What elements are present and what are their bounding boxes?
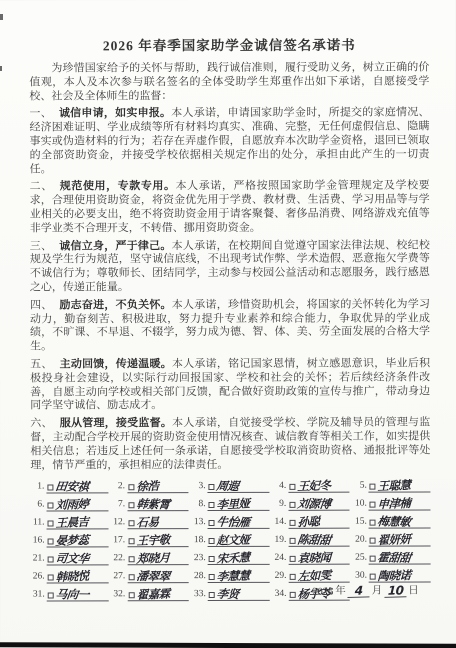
handwritten-signature-name: 翟嘉霖 — [136, 588, 169, 601]
signature-entry: 5. 王聪慧 — [353, 478, 431, 493]
checkbox-icon — [370, 574, 376, 580]
checkbox-icon — [128, 521, 134, 527]
signature-underline: 徐浩 — [127, 478, 189, 493]
checkbox-icon — [48, 521, 54, 527]
document-title: 2026 年春季国家助学金诚信签名承诺书 — [29, 33, 429, 54]
signature-number: 27. — [111, 571, 125, 584]
signature-number: 18. — [192, 534, 206, 547]
signature-number: 20. — [353, 534, 367, 547]
signature-underline: 郑晓月 — [127, 550, 189, 565]
signature-underline: 王聪慧 — [369, 478, 431, 493]
signature-underline: 左如雯 — [288, 568, 350, 583]
signature-underline: 陈甜甜 — [288, 532, 350, 547]
signature-entry: 13. 牛怡雁 — [192, 514, 270, 529]
signature-entry: 7. 韩紫霄 — [111, 496, 189, 511]
handwritten-signature-name: 翟妍妍 — [378, 533, 411, 546]
date-day-suffix: 日 — [408, 583, 419, 598]
checkbox-icon — [128, 485, 134, 491]
checkbox-icon — [209, 502, 215, 508]
paragraph-heading: 主动回馈，传递温暖。 — [60, 358, 172, 370]
signature-underline: 陶晓诺 — [369, 568, 431, 583]
commitment-paragraphs: 一、诚信申请，如实申报。本人承诺，申请国家助学金时，所提交的家庭情况、经济困难证… — [29, 107, 430, 473]
signature-underline: 翟妍妍 — [369, 532, 431, 547]
signature-number: 2. — [111, 481, 125, 494]
handwritten-signature-name: 周遐 — [216, 480, 239, 492]
signature-number: 3. — [192, 480, 206, 493]
signature-number: 31. — [31, 589, 45, 602]
paragraph-number: 一、 — [29, 108, 52, 120]
signature-number: 22. — [111, 553, 125, 566]
commitment-paragraph: 三、诚信立身，严于律己。本人承诺，在校期间自觉遵守国家法律法规、校纪校规及学生行… — [30, 239, 430, 295]
checkbox-icon — [128, 503, 134, 509]
signature-entry: 1. 田安祺 — [30, 479, 108, 494]
signature-entry: 33. 李贤 — [192, 586, 270, 601]
signature-entry: 32. 翟嘉霖 — [111, 586, 189, 601]
checkbox-icon — [370, 520, 376, 526]
handwritten-signature-name: 王宇敬 — [136, 534, 169, 547]
checkbox-icon — [289, 574, 295, 580]
paragraph-number: 四、 — [30, 299, 53, 311]
handwritten-signature-name: 王妃冬 — [297, 480, 330, 493]
checkbox-icon — [209, 592, 215, 598]
handwritten-signature-name: 袁晓闻 — [297, 552, 330, 565]
handwritten-signature-name: 陈甜甜 — [297, 534, 331, 547]
checkbox-icon — [289, 484, 295, 490]
handwritten-signature-name: 石易 — [136, 516, 158, 529]
signature-underline: 刘源博 — [288, 496, 350, 511]
checkbox-icon — [209, 556, 215, 562]
signature-number: 1. — [30, 481, 44, 494]
paragraph-number: 六、 — [30, 418, 53, 430]
signature-number: 24. — [272, 552, 286, 565]
signature-entry: 22. 郑晓月 — [111, 550, 189, 565]
signature-number: 16. — [31, 535, 45, 548]
signature-underline: 申津楠 — [369, 496, 431, 511]
signature-entry: 24. 袁晓闻 — [272, 550, 350, 565]
checkbox-icon — [370, 502, 376, 508]
signature-entry: 14. 孙聪 — [272, 514, 350, 529]
signature-underline: 马向一 — [47, 587, 109, 602]
signature-number: 11. — [31, 517, 45, 530]
handwritten-signature-name: 马向一 — [55, 588, 89, 601]
handwritten-signature-name: 牛怡雁 — [216, 516, 250, 529]
signature-entry: 10. 申津楠 — [353, 496, 431, 511]
checkbox-icon — [209, 520, 215, 526]
handwritten-signature-name: 徐浩 — [136, 480, 158, 493]
signature-entry: 21. 司文华 — [31, 551, 109, 566]
handwritten-month: 4 — [347, 584, 370, 598]
scan-edge-bar — [0, 642, 456, 648]
signature-entry: 27. 潘翠翠 — [111, 568, 189, 583]
checkbox-icon — [128, 557, 134, 563]
signature-number: 15. — [353, 516, 367, 529]
signature-underline: 晏梦蕊 — [47, 533, 109, 548]
signature-underline: 石易 — [127, 514, 189, 529]
signature-underline: 梅慧敏 — [369, 514, 431, 529]
document-page: 2026 年春季国家助学金诚信签名承诺书 为珍惜国家给予的关怀与帮助，践行诚信准… — [0, 0, 456, 648]
signature-entry: 30. 陶晓诺 — [353, 568, 431, 583]
handwritten-signature-name: 李慧慧 — [217, 570, 250, 583]
signature-number: 12. — [111, 517, 125, 530]
checkbox-icon — [289, 538, 295, 544]
signature-number: 8. — [192, 498, 206, 511]
paragraph-heading: 励志奋进，不负关怀。 — [59, 299, 171, 311]
handwritten-signature-name: 韩晓悦 — [56, 570, 89, 583]
handwritten-signature-name: 王聪慧 — [378, 479, 411, 492]
intro-paragraph: 为珍惜国家给予的关怀与帮助，践行诚信准则，履行受助义务，树立正确的价值观，本人及… — [29, 61, 429, 103]
signature-underline: 袁晓闻 — [288, 550, 350, 565]
checkbox-icon — [209, 484, 215, 490]
signature-number: 32. — [111, 589, 125, 602]
signature-underline: 司文华 — [47, 551, 109, 566]
handwritten-signature-name: 王晨吉 — [55, 516, 88, 529]
signature-entry: 12. 石易 — [111, 514, 189, 529]
signature-underline: 牛怡雁 — [208, 514, 270, 529]
signature-number: 19. — [272, 534, 286, 547]
signature-entry: 6. 刘雨婷 — [30, 497, 108, 512]
scan-artifact — [0, 14, 3, 20]
checkbox-icon — [370, 538, 376, 544]
signature-entry: 11. 王晨吉 — [30, 515, 108, 530]
checkbox-icon — [128, 575, 134, 581]
signature-number: 4. — [272, 480, 286, 493]
signature-underline: 李里娅 — [208, 496, 270, 511]
checkbox-icon — [209, 574, 215, 580]
checkbox-icon — [47, 503, 53, 509]
signature-entry: 29. 左如雯 — [272, 568, 350, 583]
paragraph-heading: 规范使用，专款专用。 — [60, 181, 176, 193]
checkbox-icon — [370, 556, 376, 562]
signature-number: 9. — [272, 498, 286, 511]
signature-underline: 王妃冬 — [288, 478, 350, 493]
checkbox-icon — [289, 520, 295, 526]
scan-artifact — [0, 66, 2, 71]
date-year-suffix: 年 — [335, 583, 346, 598]
signature-entry: 15. 梅慧敏 — [353, 514, 431, 529]
signature-entry: 26. 韩晓悦 — [31, 569, 109, 584]
handwritten-signature-name: 宋禾慧 — [217, 552, 250, 565]
commitment-paragraph: 二、规范使用，专款专用。本人承诺，严格按照国家助学金管理规定及学校要求，合理使用… — [30, 180, 430, 236]
signature-underline: 翟嘉霖 — [127, 586, 189, 601]
checkbox-icon — [48, 557, 54, 563]
signature-entry: 18. 赵文娅 — [192, 532, 270, 547]
signature-underline: 田安祺 — [46, 479, 108, 494]
signature-number: 33. — [192, 588, 206, 601]
handwritten-signature-name: 李贤 — [216, 588, 239, 600]
checkbox-icon — [289, 592, 295, 598]
handwritten-signature-name: 李里娅 — [217, 498, 250, 511]
signature-number: 29. — [272, 570, 286, 583]
checkbox-icon — [289, 556, 295, 562]
signature-underline: 霍甜甜 — [369, 550, 431, 565]
commitment-paragraph: 六、服从管理，接受监督。本人承诺，自觉接受学校、学院及辅导员的管理与监督，主动配… — [30, 417, 430, 473]
signature-number: 17. — [111, 535, 125, 548]
handwritten-signature-name: 申津楠 — [378, 497, 411, 510]
checkbox-icon — [289, 502, 295, 508]
checkbox-icon — [370, 484, 376, 490]
signature-number: 7. — [111, 499, 125, 512]
paragraph-heading: 诚信申请，如实申报。 — [59, 108, 171, 120]
date-year: 2026 — [312, 587, 333, 598]
date-line: 2026 年 4 月 10 日 — [312, 583, 419, 598]
signature-number: 34. — [272, 588, 286, 601]
commitment-paragraph: 四、励志奋进，不负关怀。本人承诺，珍惜资助机会，将国家的关怀转化为学习动力，勤奋… — [30, 298, 430, 354]
commitment-paragraph: 五、主动回馈，传递温暖。本人承诺，铭记国家恩情，树立感恩意识，毕业后积极投身社会… — [30, 357, 430, 413]
checkbox-icon — [128, 539, 134, 545]
signature-number: 13. — [192, 516, 206, 529]
signature-entry: 8. 李里娅 — [192, 496, 270, 511]
handwritten-signature-name: 陶晓诺 — [378, 569, 411, 582]
signature-underline: 李慧慧 — [208, 568, 270, 583]
handwritten-signature-name: 刘源博 — [297, 498, 331, 511]
signature-entry: 17. 王宇敬 — [111, 532, 189, 547]
handwritten-signature-name: 赵文娅 — [217, 534, 250, 547]
handwritten-signature-name: 郑晓月 — [136, 552, 169, 565]
signature-underline: 宋禾慧 — [208, 550, 270, 565]
signature-entry: 25. 霍甜甜 — [353, 550, 431, 565]
signature-number: 25. — [353, 552, 367, 565]
signature-underline: 潘翠翠 — [127, 568, 189, 583]
commitment-paragraph: 一、诚信申请，如实申报。本人承诺，申请国家助学金时，所提交的家庭情况、经济困难证… — [29, 107, 429, 177]
handwritten-signature-name: 梅慧敏 — [377, 516, 411, 529]
paragraph-number: 五、 — [30, 358, 53, 370]
signature-entry: 4. 王妃冬 — [272, 478, 350, 493]
signature-number: 30. — [353, 570, 367, 583]
handwritten-signature-name: 刘雨婷 — [55, 498, 88, 511]
signature-number: 21. — [31, 553, 45, 566]
signature-entry: 19. 陈甜甜 — [272, 532, 350, 547]
checkbox-icon — [48, 593, 54, 599]
signature-underline: 李贤 — [208, 586, 270, 601]
handwritten-signature-name: 司文华 — [55, 552, 89, 565]
signature-number: 23. — [192, 552, 206, 565]
handwritten-signature-name: 孙聪 — [297, 516, 319, 529]
paragraph-number: 二、 — [30, 181, 53, 193]
signature-entry: 28. 李慧慧 — [192, 568, 270, 583]
signature-number: 5. — [353, 480, 367, 493]
paragraph-number: 三、 — [30, 240, 53, 252]
signature-entry: 9. 刘源博 — [272, 496, 350, 511]
checkbox-icon — [128, 593, 134, 599]
signature-number: 14. — [272, 516, 286, 529]
signature-entry: 16. 晏梦蕊 — [31, 533, 109, 548]
handwritten-day: 10 — [384, 584, 407, 598]
handwritten-signature-name: 霍甜甜 — [377, 552, 411, 565]
date-month-suffix: 月 — [372, 583, 383, 598]
checkbox-icon — [209, 538, 215, 544]
signature-entry: 31. 马向一 — [31, 587, 109, 602]
handwritten-signature-name: 田安祺 — [55, 480, 89, 493]
signature-number: 6. — [30, 499, 44, 512]
checkbox-icon — [48, 539, 54, 545]
signature-entry: 2. 徐浩 — [111, 478, 189, 493]
signature-underline: 王宇敬 — [127, 532, 189, 547]
signature-number: 26. — [31, 571, 45, 584]
signature-underline: 韩紫霄 — [127, 496, 189, 511]
signature-number: 10. — [353, 498, 367, 511]
signature-underline: 韩晓悦 — [47, 569, 109, 584]
handwritten-signature-name: 晏梦蕊 — [55, 534, 88, 547]
signature-entry: 20. 翟妍妍 — [353, 532, 431, 547]
signature-entry: 23. 宋禾慧 — [192, 550, 270, 565]
handwritten-signature-name: 潘翠翠 — [136, 570, 170, 583]
signature-underline: 刘雨婷 — [46, 497, 108, 512]
checkbox-icon — [48, 575, 54, 581]
paragraph-heading: 服从管理，接受监督。 — [60, 417, 172, 429]
signature-underline: 孙聪 — [288, 514, 350, 529]
signature-underline: 周遐 — [208, 478, 270, 493]
paragraph-heading: 诚信立身，严于律己。 — [59, 240, 171, 252]
signature-number: 28. — [192, 570, 206, 583]
handwritten-signature-name: 左如雯 — [297, 569, 330, 582]
signature-underline: 赵文娅 — [208, 532, 270, 547]
checkbox-icon — [47, 485, 53, 491]
signature-underline: 王晨吉 — [46, 515, 108, 530]
handwritten-signature-name: 韩紫霄 — [135, 498, 169, 511]
signature-entry: 3. 周遐 — [192, 478, 270, 493]
